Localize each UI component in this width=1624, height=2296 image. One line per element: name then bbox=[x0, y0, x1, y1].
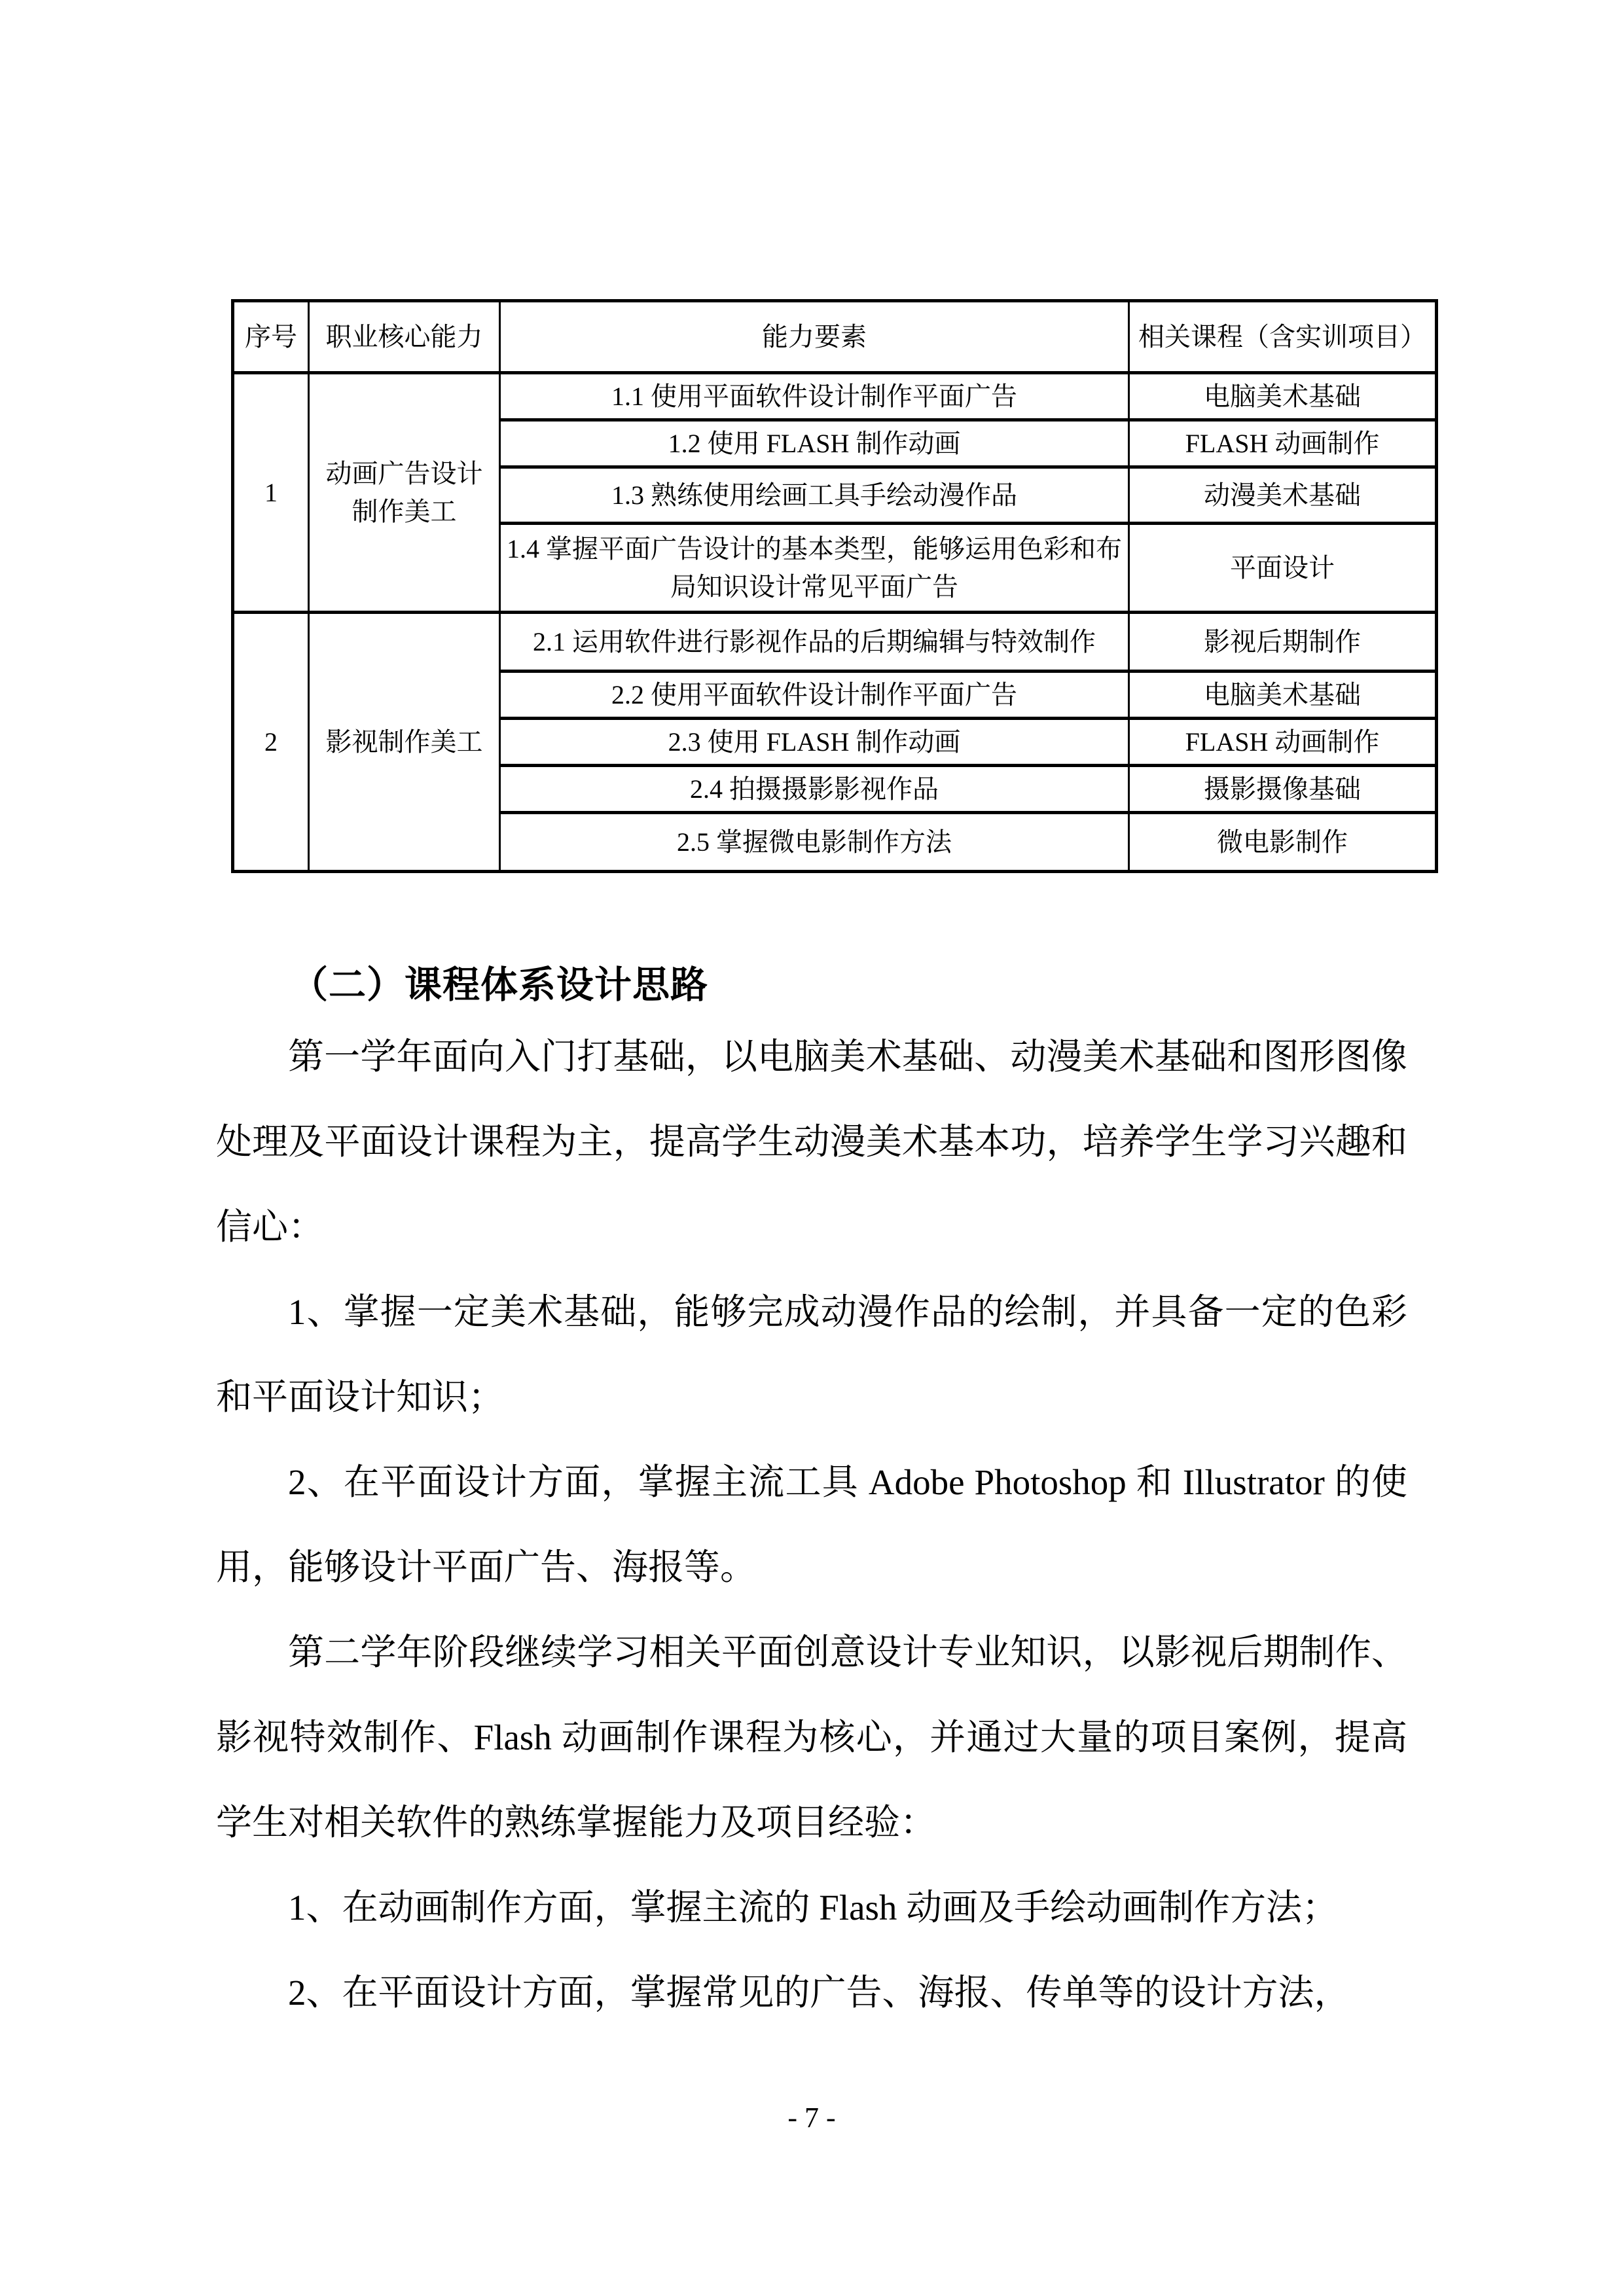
element-cell: 2.3 使用 FLASH 制作动画 bbox=[500, 719, 1129, 766]
element-cell: 1.4 掌握平面广告设计的基本类型，能够运用色彩和布局知识设计常见平面广告 bbox=[500, 524, 1129, 613]
element-cell: 2.1 运用软件进行影视作品的后期编辑与特效制作 bbox=[500, 613, 1129, 672]
core-skills-table: 序号 职业核心能力 能力要素 相关课程（含实训项目） 1 动画广告设计制作美工 … bbox=[231, 299, 1438, 873]
element-cell: 2.4 拍摄摄影影视作品 bbox=[500, 766, 1129, 813]
element-cell: 1.2 使用 FLASH 制作动画 bbox=[500, 420, 1129, 467]
table-row: 2 影视制作美工 2.1 运用软件进行影视作品的后期编辑与特效制作 影视后期制作 bbox=[233, 613, 1437, 672]
element-cell: 2.5 掌握微电影制作方法 bbox=[500, 813, 1129, 872]
paragraph-year2-intro: 第二学年阶段继续学习相关平面创意设计专业知识，以影视后期制作、影视特效制作、Fl… bbox=[216, 1610, 1407, 1865]
course-cell: FLASH 动画制作 bbox=[1129, 719, 1437, 766]
course-cell: 摄影摄像基础 bbox=[1129, 766, 1437, 813]
paragraph-year1-item2: 2、在平面设计方面，掌握主流工具 Adobe Photoshop 和 Illus… bbox=[216, 1440, 1407, 1610]
paragraph-year2-item1: 1、在动画制作方面，掌握主流的 Flash 动画及手绘动画制作方法； bbox=[216, 1865, 1407, 1950]
course-cell: 微电影制作 bbox=[1129, 813, 1437, 872]
paragraph-year2-item2: 2、在平面设计方面，掌握常见的广告、海报、传单等的设计方法， bbox=[216, 1950, 1407, 2036]
page-number: - 7 - bbox=[216, 2098, 1407, 2138]
paragraph-year1-intro: 第一学年面向入门打基础，以电脑美术基础、动漫美术基础和图形图像处理及平面设计课程… bbox=[216, 1014, 1407, 1270]
group2-role-cell: 影视制作美工 bbox=[309, 613, 500, 872]
group2-index-cell: 2 bbox=[233, 613, 309, 872]
course-cell: 影视后期制作 bbox=[1129, 613, 1437, 672]
course-cell: 动漫美术基础 bbox=[1129, 467, 1437, 524]
col-header-index: 序号 bbox=[233, 301, 309, 373]
paragraph-year1-item1: 1、掌握一定美术基础，能够完成动漫作品的绘制，并具备一定的色彩和平面设计知识； bbox=[216, 1270, 1407, 1440]
course-cell: 电脑美术基础 bbox=[1129, 373, 1437, 420]
table-row: 1 动画广告设计制作美工 1.1 使用平面软件设计制作平面广告 电脑美术基础 bbox=[233, 373, 1437, 420]
group1-index-cell: 1 bbox=[233, 373, 309, 613]
col-header-core-competency: 职业核心能力 bbox=[309, 301, 500, 373]
col-header-capability-element: 能力要素 bbox=[500, 301, 1129, 373]
element-cell: 1.3 熟练使用绘画工具手绘动漫作品 bbox=[500, 467, 1129, 524]
group1-role-cell: 动画广告设计制作美工 bbox=[309, 373, 500, 613]
element-cell: 2.2 使用平面软件设计制作平面广告 bbox=[500, 672, 1129, 719]
section-heading: （二）课程体系设计思路 bbox=[216, 956, 1407, 1014]
table-header-row: 序号 职业核心能力 能力要素 相关课程（含实训项目） bbox=[233, 301, 1437, 373]
col-header-related-courses: 相关课程（含实训项目） bbox=[1129, 301, 1437, 373]
course-cell: 平面设计 bbox=[1129, 524, 1437, 613]
element-cell: 1.1 使用平面软件设计制作平面广告 bbox=[500, 373, 1129, 420]
course-cell: 电脑美术基础 bbox=[1129, 672, 1437, 719]
course-cell: FLASH 动画制作 bbox=[1129, 420, 1437, 467]
document-page: 序号 职业核心能力 能力要素 相关课程（含实训项目） 1 动画广告设计制作美工 … bbox=[0, 0, 1624, 2296]
